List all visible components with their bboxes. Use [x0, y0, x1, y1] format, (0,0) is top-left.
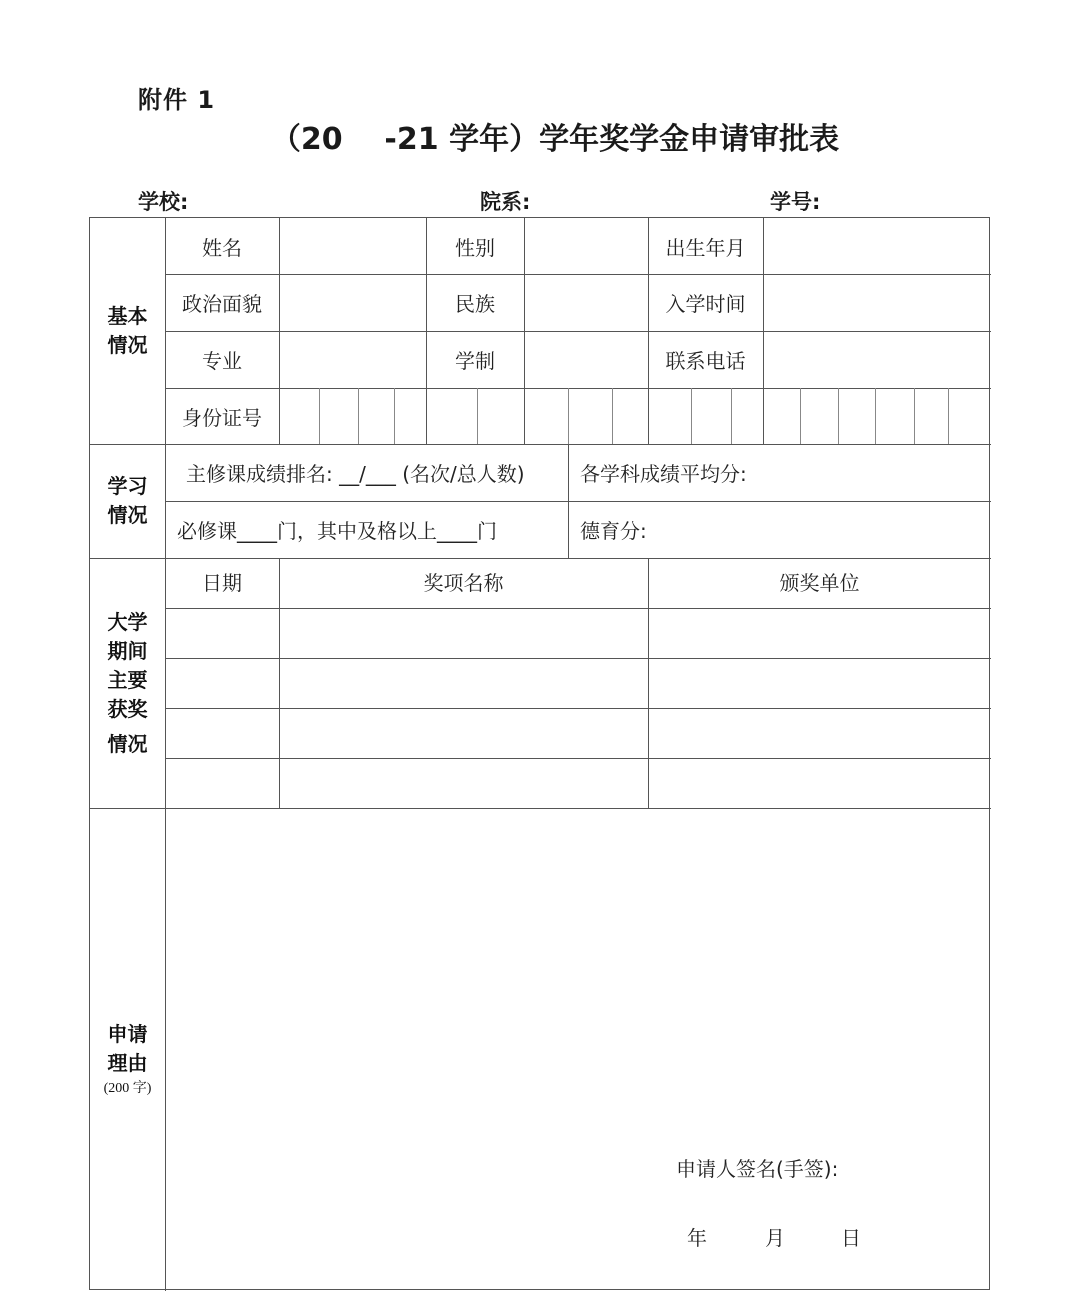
section-label-text: 获奖	[108, 695, 148, 724]
id-digit-cell[interactable]	[763, 388, 800, 444]
birth-field[interactable]	[763, 218, 991, 274]
date-month-label: 月	[765, 1222, 785, 1251]
grid-line	[731, 388, 732, 444]
label-gender: 性别	[426, 218, 524, 274]
grid-line	[165, 658, 991, 659]
award-date-cell[interactable]	[165, 708, 279, 758]
school-label: 学校:	[138, 186, 188, 216]
section-label-text: 主要	[108, 666, 148, 695]
grid-line	[648, 558, 649, 808]
grid-line	[691, 388, 692, 444]
student-id-label: 学号:	[770, 186, 820, 216]
award-issuer-cell[interactable]	[648, 658, 991, 708]
date-day-label: 日	[841, 1222, 861, 1251]
grid-line	[165, 758, 991, 759]
section-label-study-info: 学习 情况	[90, 444, 165, 558]
id-digit-cell[interactable]	[875, 388, 914, 444]
grid-line	[165, 331, 991, 332]
section-label-text: 大学	[108, 608, 148, 637]
id-digit-cell[interactable]	[426, 388, 477, 444]
enrollment-date-field[interactable]	[763, 274, 991, 331]
award-date-cell[interactable]	[165, 758, 279, 808]
award-name-cell[interactable]	[279, 608, 648, 658]
grid-line	[838, 388, 839, 444]
grid-line	[914, 388, 915, 444]
awards-col-issuer: 颁奖单位	[648, 558, 991, 608]
section-label-text: 情况	[108, 730, 148, 759]
political-status-field[interactable]	[279, 274, 426, 331]
grid-line	[568, 388, 569, 444]
section-label-text: 申请	[108, 1020, 148, 1049]
name-field[interactable]	[279, 218, 426, 274]
grid-line	[948, 388, 949, 444]
label-id-number: 身份证号	[165, 388, 279, 444]
date-year-label: 年	[687, 1222, 707, 1251]
award-date-cell[interactable]	[165, 608, 279, 658]
id-digit-cell[interactable]	[319, 388, 358, 444]
award-issuer-cell[interactable]	[648, 608, 991, 658]
id-digit-cell[interactable]	[524, 388, 568, 444]
section-label-text: 期间	[108, 637, 148, 666]
label-program-length: 学制	[426, 331, 524, 388]
grid-line	[477, 388, 478, 444]
grid-line	[165, 708, 991, 709]
award-date-cell[interactable]	[165, 658, 279, 708]
moral-score-field[interactable]: 德育分:	[568, 501, 991, 558]
section-label-awards: 大学 期间 主要 获奖 情况	[90, 558, 165, 808]
grid-line	[800, 388, 801, 444]
major-field[interactable]	[279, 331, 426, 388]
label-political-status: 政治面貌	[165, 274, 279, 331]
award-issuer-cell[interactable]	[648, 758, 991, 808]
id-digit-cell[interactable]	[568, 388, 612, 444]
section-label-text: 基本	[108, 302, 148, 331]
grid-line	[90, 808, 991, 809]
label-enrollment-date: 入学时间	[648, 274, 763, 331]
grid-line	[648, 218, 649, 444]
id-digit-cell[interactable]	[731, 388, 763, 444]
grid-line	[165, 388, 991, 389]
section-label-text: 情况	[108, 331, 148, 360]
grid-line	[612, 388, 613, 444]
word-limit-note: (200 字)	[104, 1078, 152, 1100]
grid-line	[165, 218, 166, 1291]
id-digit-cell[interactable]	[612, 388, 648, 444]
grid-line	[524, 218, 525, 444]
label-ethnicity: 民族	[426, 274, 524, 331]
id-digit-cell[interactable]	[648, 388, 691, 444]
id-digit-cell[interactable]	[838, 388, 875, 444]
grid-line	[90, 444, 991, 445]
section-label-text: 情况	[108, 501, 148, 530]
label-name: 姓名	[165, 218, 279, 274]
attachment-label: 附件 1	[138, 80, 215, 115]
average-score-field[interactable]: 各学科成绩平均分:	[568, 444, 991, 501]
grid-line	[358, 388, 359, 444]
id-digit-cell[interactable]	[477, 388, 524, 444]
id-digit-cell[interactable]	[948, 388, 991, 444]
id-digit-cell[interactable]	[914, 388, 948, 444]
awards-col-date: 日期	[165, 558, 279, 608]
award-name-cell[interactable]	[279, 708, 648, 758]
program-length-field[interactable]	[524, 331, 648, 388]
grid-line	[426, 218, 427, 444]
label-phone: 联系电话	[648, 331, 763, 388]
award-issuer-cell[interactable]	[648, 708, 991, 758]
form-title: （20 -21 学年）学年奖学金申请审批表	[0, 114, 1080, 158]
application-reason-textarea[interactable]	[165, 808, 991, 1291]
id-digit-cell[interactable]	[800, 388, 838, 444]
grid-line	[165, 274, 991, 275]
grid-line	[279, 558, 280, 808]
grid-line	[165, 608, 991, 609]
label-major: 专业	[165, 331, 279, 388]
grid-line	[875, 388, 876, 444]
ethnicity-field[interactable]	[524, 274, 648, 331]
label-birth: 出生年月	[648, 218, 763, 274]
grid-line	[763, 218, 764, 444]
award-name-cell[interactable]	[279, 758, 648, 808]
major-course-rank-field[interactable]: 主修课成绩排名: __/___ (名次/总人数)	[165, 444, 568, 501]
awards-col-name: 奖项名称	[279, 558, 648, 608]
grid-line	[568, 444, 569, 558]
grid-line	[319, 388, 320, 444]
section-label-reason: 申请 理由 (200 字)	[90, 808, 165, 1291]
department-label: 院系:	[480, 186, 530, 216]
id-digit-cell[interactable]	[358, 388, 394, 444]
grid-line	[279, 218, 280, 444]
signature-label: 申请人签名(手签):	[676, 1153, 838, 1182]
section-label-text: 理由	[108, 1049, 148, 1078]
phone-field[interactable]	[763, 331, 991, 388]
id-digit-cell[interactable]	[394, 388, 426, 444]
required-courses-field[interactable]: 必修课____门，其中及格以上____门	[165, 501, 568, 558]
application-form-table: 基本 情况 姓名 性别 出生年月 政治面貌 民族 入学时间 专业 学制 联系电话…	[89, 217, 990, 1290]
grid-line	[394, 388, 395, 444]
grid-line	[90, 558, 991, 559]
award-name-cell[interactable]	[279, 658, 648, 708]
id-digit-cell[interactable]	[691, 388, 731, 444]
grid-line	[165, 501, 991, 502]
section-label-text: 学习	[108, 472, 148, 501]
section-label-basic-info: 基本 情况	[90, 218, 165, 444]
gender-field[interactable]	[524, 218, 648, 274]
id-digit-cell[interactable]	[279, 388, 319, 444]
